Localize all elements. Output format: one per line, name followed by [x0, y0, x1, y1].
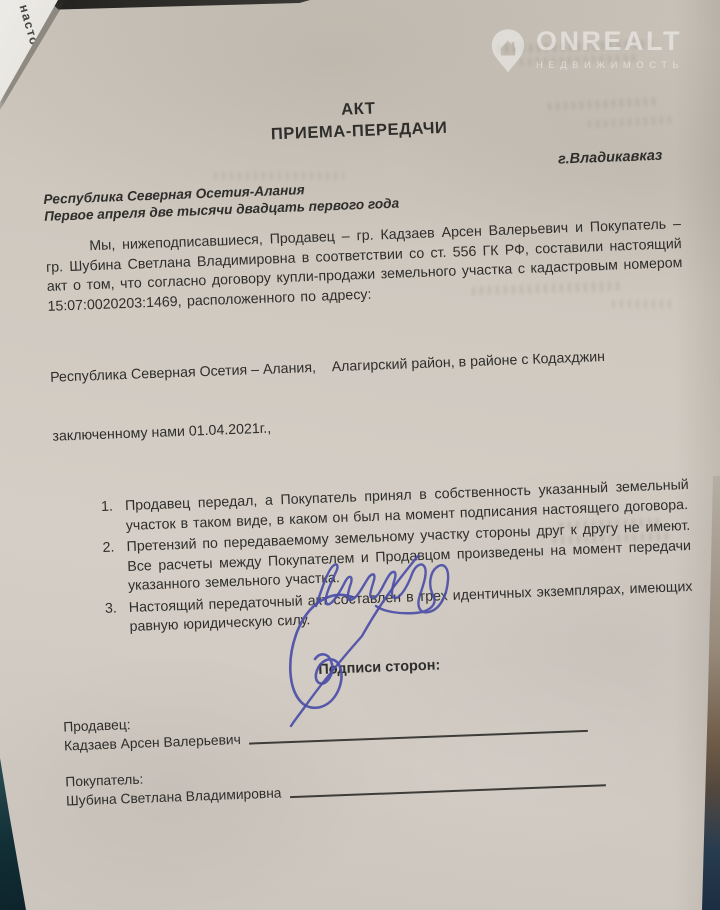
clause-number: 2. — [102, 538, 128, 597]
document-body: АКТ ПРИЕМА-ПЕРЕДАЧИ г.Владикавказ Респуб… — [40, 88, 702, 809]
clauses-list: 1. Продавец передал, а Покупатель принял… — [55, 476, 696, 640]
house-pin-icon — [490, 28, 526, 74]
watermark: ONREALT НЕДВИЖИМОСТЬ — [490, 28, 684, 74]
clause-number: 3. — [105, 599, 130, 639]
signatures-heading: Подписи сторон: — [61, 647, 697, 687]
watermark-brand: ONREALT — [536, 28, 684, 55]
address-line-2: заключенному нами 01.04.2021г., — [52, 403, 688, 446]
watermark-texts: ONREALT НЕДВИЖИМОСТЬ — [536, 28, 684, 71]
seller-signature-line — [249, 729, 588, 744]
watermark-subtitle: НЕДВИЖИМОСТЬ — [536, 60, 684, 71]
seller-block: Продавец: Кадзаев Арсен Валерьевич — [63, 694, 700, 754]
photo-of-document: настоящ ONREALT НЕДВИЖИМОСТЬ АКТ ПРИЕМА-… — [0, 0, 720, 910]
address-line-1: Республика Северная Осетия – Алания, Ала… — [50, 345, 686, 388]
clause-number: 1. — [101, 497, 126, 537]
intro-paragraph: Мы, нижеподписавшиеся, Продавец – гр. Ка… — [45, 215, 683, 317]
